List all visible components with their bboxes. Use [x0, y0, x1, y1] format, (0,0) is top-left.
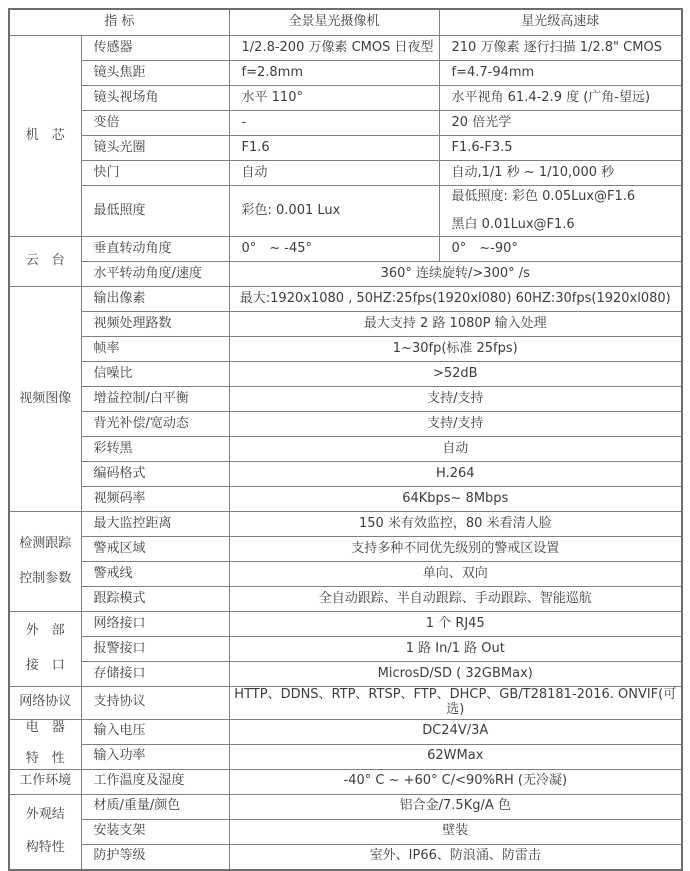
param-name: 最大监控距离 [81, 512, 229, 537]
group-label-tracking: 检测跟踪 控制参数 [9, 512, 81, 612]
param-name: 最低照度 [81, 186, 229, 237]
param-name: 存储接口 [81, 662, 229, 687]
param-name: 材质/重量/颜色 [81, 794, 229, 819]
param-name: 安装支架 [81, 819, 229, 844]
table-row: 帧率 1~30fp(标准 25fps) [9, 337, 682, 362]
header-product-b: 星光级高速球 [439, 9, 682, 36]
value-span: -40° C ~ +60° C/<90%RH (无冷凝) [229, 769, 682, 794]
param-name: 背光补偿/宽动态 [81, 412, 229, 437]
value-b: 0° ~-90° [439, 237, 682, 262]
param-name: 垂直转动角度 [81, 237, 229, 262]
table-row: 彩转黑 自动 [9, 437, 682, 462]
value-span: 支持/支持 [229, 412, 682, 437]
value-b: F1.6-F3.5 [439, 136, 682, 161]
table-row: 信噪比 >52dB [9, 362, 682, 387]
table-row: 背光补偿/宽动态 支持/支持 [9, 412, 682, 437]
value-a: f=2.8mm [229, 61, 439, 86]
param-name: 变倍 [81, 111, 229, 136]
param-name: 防护等级 [81, 844, 229, 870]
param-name: 快门 [81, 161, 229, 186]
table-row: 云 台 垂直转动角度 0° ~ -45° 0° ~-90° [9, 237, 682, 262]
group-label-line2: 构特性 [26, 841, 65, 856]
value-b: 最低照度: 彩色 0.05Lux@F1.6 黑白 0.01Lux@F1.6 [439, 186, 682, 237]
table-row: 视频图像 输出像素 最大:1920x1080 , 50HZ:25fps(1920… [9, 287, 682, 312]
group-label-line1: 电 器 [26, 721, 65, 736]
value-span: 支持多种不同优先级别的警戒区设置 [229, 537, 682, 562]
param-name: 支持协议 [81, 687, 229, 720]
value-span: 150 米有效监控，80 米看清人脸 [229, 512, 682, 537]
table-row: 增益控制/白平衡 支持/支持 [9, 387, 682, 412]
group-label-structure: 外观结 构特性 [9, 794, 81, 870]
value-span: 室外、IP66、防浪涌、防雷击 [229, 844, 682, 870]
table-row: 快门 自动 自动,1/1 秒 ~ 1/10,000 秒 [9, 161, 682, 186]
value-span: 最大支持 2 路 1080P 输入处理 [229, 312, 682, 337]
group-label-line2: 控制参数 [19, 572, 71, 587]
group-label-core: 机 芯 [9, 36, 81, 237]
table-row: 外观结 构特性 材质/重量/颜色 铝合金/7.5Kg/A 色 [9, 794, 682, 819]
param-name: 镜头焦距 [81, 61, 229, 86]
group-label-video: 视频图像 [9, 287, 81, 512]
table-row: 镜头光圈 F1.6 F1.6-F3.5 [9, 136, 682, 161]
value-b: f=4.7-94mm [439, 61, 682, 86]
value-a: F1.6 [229, 136, 439, 161]
table-row: 检测跟踪 控制参数 最大监控距离 150 米有效监控，80 米看清人脸 [9, 512, 682, 537]
param-name: 视频处理路数 [81, 312, 229, 337]
param-name: 传感器 [81, 36, 229, 61]
table-row: 镜头焦距 f=2.8mm f=4.7-94mm [9, 61, 682, 86]
param-name: 输出像素 [81, 287, 229, 312]
value-span: 1~30fp(标准 25fps) [229, 337, 682, 362]
value-a: - [229, 111, 439, 136]
group-label-line1: 外观结 [26, 808, 65, 823]
param-name: 增益控制/白平衡 [81, 387, 229, 412]
param-name: 彩转黑 [81, 437, 229, 462]
value-b-line1: 最低照度: 彩色 0.05Lux@F1.6 [452, 190, 678, 205]
table-row: 警戒区域 支持多种不同优先级别的警戒区设置 [9, 537, 682, 562]
table-row: 网络协议 支持协议 HTTP、DDNS、RTP、RTSP、FTP、DHCP、GB… [9, 687, 682, 720]
table-row: 安装支架 壁装 [9, 819, 682, 844]
table-row: 水平转动角度/速度 360° 连续旋转/>300° /s [9, 262, 682, 287]
value-a: 彩色: 0.001 Lux [229, 186, 439, 237]
value-span: 单向、双向 [229, 562, 682, 587]
table-row: 跟踪模式 全自动跟踪、半自动跟踪、手动跟踪、智能巡航 [9, 587, 682, 612]
header-row: 指 标 全景星光摄像机 星光级高速球 [9, 9, 682, 36]
group-label-environment: 工作环境 [9, 769, 81, 794]
value-span: >52dB [229, 362, 682, 387]
table-row: 机 芯 传感器 1/2.8-200 万像素 CMOS 日夜型 210 万像素 逐… [9, 36, 682, 61]
table-row: 存储接口 MicrosD/SD ( 32GBMax) [9, 662, 682, 687]
param-name: 警戒线 [81, 562, 229, 587]
value-b-line2: 黑白 0.01Lux@F1.6 [452, 218, 678, 233]
value-span: 360° 连续旋转/>300° /s [229, 262, 682, 287]
value-a: 水平 110° [229, 86, 439, 111]
group-label-electrical: 电 器 特 性 [9, 719, 81, 769]
param-name: 网络接口 [81, 612, 229, 637]
value-a: 自动 [229, 161, 439, 186]
table-row: 工作环境 工作温度及湿度 -40° C ~ +60° C/<90%RH (无冷凝… [9, 769, 682, 794]
table-row: 镜头视场角 水平 110° 水平视角 61.4-2.9 度 (广角-望远) [9, 86, 682, 111]
value-span: 64Kbps~ 8Mbps [229, 487, 682, 512]
value-a: 1/2.8-200 万像素 CMOS 日夜型 [229, 36, 439, 61]
group-label-line1: 检测跟踪 [19, 537, 71, 552]
value-b: 自动,1/1 秒 ~ 1/10,000 秒 [439, 161, 682, 186]
param-name: 跟踪模式 [81, 587, 229, 612]
param-name: 工作温度及湿度 [81, 769, 229, 794]
value-b: 20 倍光学 [439, 111, 682, 136]
value-span: 1 路 In/1 路 Out [229, 637, 682, 662]
table-row: 防护等级 室外、IP66、防浪涌、防雷击 [9, 844, 682, 870]
group-label-line1: 外 部 [26, 624, 65, 639]
spec-table: 指 标 全景星光摄像机 星光级高速球 机 芯 传感器 1/2.8-200 万像素… [8, 8, 683, 871]
param-name: 报警接口 [81, 637, 229, 662]
value-span: DC24V/3A [229, 719, 682, 744]
value-span: 支持/支持 [229, 387, 682, 412]
value-span: HTTP、DDNS、RTP、RTSP、FTP、DHCP、GB/T28181-20… [229, 687, 682, 720]
group-label-pantilt: 云 台 [9, 237, 81, 287]
table-row: 最低照度 彩色: 0.001 Lux 最低照度: 彩色 0.05Lux@F1.6… [9, 186, 682, 237]
table-row: 视频处理路数 最大支持 2 路 1080P 输入处理 [9, 312, 682, 337]
value-span: 自动 [229, 437, 682, 462]
value-b: 210 万像素 逐行扫描 1/2.8" CMOS [439, 36, 682, 61]
table-row: 警戒线 单向、双向 [9, 562, 682, 587]
group-label-interfaces: 外 部 接 口 [9, 612, 81, 687]
page: 指 标 全景星光摄像机 星光级高速球 机 芯 传感器 1/2.8-200 万像素… [0, 0, 690, 871]
param-name: 镜头光圈 [81, 136, 229, 161]
table-row: 输入功率 62WMax [9, 744, 682, 769]
param-name: 镜头视场角 [81, 86, 229, 111]
value-b: 水平视角 61.4-2.9 度 (广角-望远) [439, 86, 682, 111]
table-row: 电 器 特 性 输入电压 DC24V/3A [9, 719, 682, 744]
table-row: 外 部 接 口 网络接口 1 个 RJ45 [9, 612, 682, 637]
value-span: 1 个 RJ45 [229, 612, 682, 637]
header-indicator: 指 标 [9, 9, 229, 36]
group-label-line2: 接 口 [26, 659, 65, 674]
value-a: 0° ~ -45° [229, 237, 439, 262]
table-row: 报警接口 1 路 In/1 路 Out [9, 637, 682, 662]
value-span: 62WMax [229, 744, 682, 769]
param-name: 水平转动角度/速度 [81, 262, 229, 287]
header-product-a: 全景星光摄像机 [229, 9, 439, 36]
value-span: 全自动跟踪、半自动跟踪、手动跟踪、智能巡航 [229, 587, 682, 612]
param-name: 输入功率 [81, 744, 229, 769]
table-row: 视频码率 64Kbps~ 8Mbps [9, 487, 682, 512]
param-name: 信噪比 [81, 362, 229, 387]
param-name: 帧率 [81, 337, 229, 362]
value-span: MicrosD/SD ( 32GBMax) [229, 662, 682, 687]
value-span: H.264 [229, 462, 682, 487]
value-span: 壁装 [229, 819, 682, 844]
table-row: 变倍 - 20 倍光学 [9, 111, 682, 136]
param-name: 警戒区域 [81, 537, 229, 562]
param-name: 输入电压 [81, 719, 229, 744]
value-span: 铝合金/7.5Kg/A 色 [229, 794, 682, 819]
group-label-protocols: 网络协议 [9, 687, 81, 720]
value-span: 最大:1920x1080 , 50HZ:25fps(1920xl080) 60H… [229, 287, 682, 312]
param-name: 编码格式 [81, 462, 229, 487]
param-name: 视频码率 [81, 487, 229, 512]
group-label-line2: 特 性 [26, 752, 65, 767]
table-row: 编码格式 H.264 [9, 462, 682, 487]
